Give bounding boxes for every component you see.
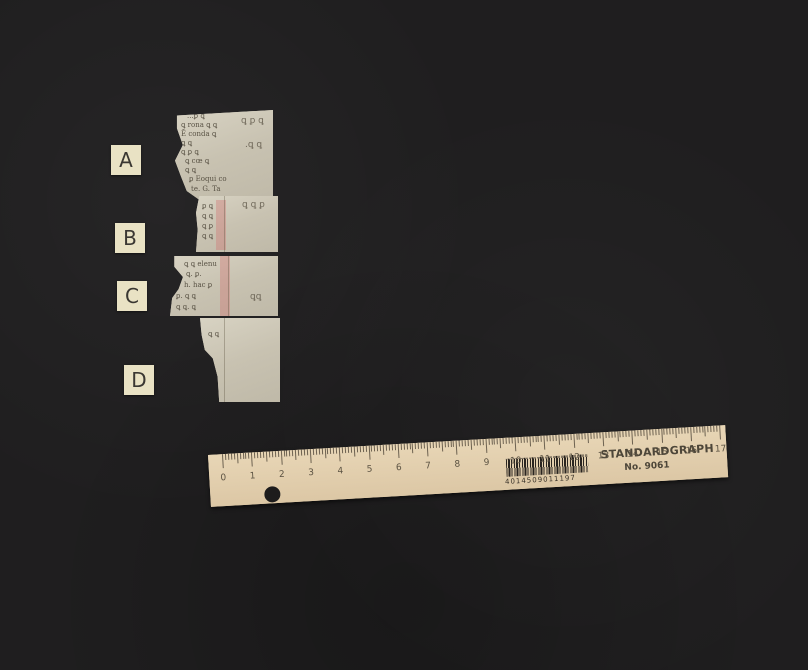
- ruler-tick: [441, 441, 443, 451]
- ruler-tick: [377, 445, 378, 451]
- ruler-tick: [626, 431, 627, 437]
- ruler-tick: [336, 448, 337, 454]
- ruler-tick: [272, 451, 273, 457]
- ruler-tick: [351, 447, 352, 453]
- fragment-c: ꝗ ꝗ elenu ꝗ. ꝑ. h. hac ꝑ ꝑ. ꝗ ꝗ ꝗ ꝗ. ꝗ ꝗ…: [170, 256, 278, 316]
- ruler-tick: [374, 445, 375, 451]
- ruler-tick: [380, 445, 381, 451]
- fragment-margin-note: .ꝗ ꝗ: [245, 140, 262, 150]
- ruler-tick: [269, 451, 270, 457]
- ruler-tick: [514, 437, 516, 451]
- ruler-tick: [301, 450, 302, 456]
- ruler-tick: [231, 454, 232, 460]
- fragment-d: ꝗ ꝗ: [200, 318, 280, 402]
- ruler-tick: [482, 439, 483, 445]
- ruler-tick: [310, 449, 312, 463]
- ruler-tick: [295, 450, 297, 460]
- ruler-tick: [345, 447, 346, 453]
- ruler-tick: [327, 448, 328, 454]
- ruler-cm-label: 2: [279, 470, 285, 480]
- ruler-tick: [292, 450, 293, 456]
- ruler-tick: [254, 452, 255, 458]
- ruler-tick: [357, 446, 358, 452]
- ruler-tick: [488, 439, 489, 445]
- ruler-tick: [649, 430, 650, 436]
- ruler-tick: [251, 452, 253, 466]
- ruler-tick: [655, 429, 656, 435]
- ruler-tick: [708, 426, 709, 432]
- ruler-tick: [365, 446, 366, 452]
- ruler-tick: [433, 442, 434, 448]
- ruler-tick: [538, 436, 539, 442]
- ruler-tick: [520, 437, 521, 443]
- ruler-tick: [687, 427, 688, 433]
- ruler-tick: [672, 428, 673, 434]
- ruler-tick: [459, 440, 460, 446]
- ruler-tick: [395, 444, 396, 450]
- ruler-tick: [658, 429, 659, 435]
- fragment-text-line: ꝗ ꝗ: [185, 166, 196, 174]
- ruler-tick: [611, 432, 612, 438]
- ruler-tick: [412, 443, 414, 453]
- fragment-text-line: ꝗ ꝑ ꝗ: [181, 148, 199, 156]
- ruler-tick: [696, 427, 697, 433]
- ruler-tick: [225, 454, 226, 460]
- ruler-cm-label: 7: [425, 461, 431, 471]
- label-letter: C: [125, 284, 139, 308]
- ruler-tick: [544, 436, 546, 450]
- fragment-text-line: ꝗ ꝗ: [202, 232, 213, 240]
- ruler-tick: [456, 441, 458, 455]
- ruler-tick: [541, 436, 542, 442]
- ruler-tick: [304, 449, 305, 455]
- ruler-tick: [497, 438, 498, 444]
- ruler-tick: [719, 425, 721, 439]
- ruler-tick: [643, 430, 644, 436]
- ruler-tick: [415, 443, 416, 449]
- ruler-tick: [342, 447, 343, 453]
- ruler-tick: [664, 429, 665, 435]
- ruler-tick: [386, 445, 387, 451]
- ruler-tick: [222, 454, 224, 468]
- ruler-tick: [620, 431, 621, 437]
- ruler-tick: [599, 432, 600, 438]
- ruler-tick: [710, 426, 711, 432]
- ruler-tick: [547, 435, 548, 441]
- ruler-tick: [634, 430, 635, 436]
- measuring-ruler: 4014509011197 STANDARDGRAPH No. 9061 012…: [208, 425, 728, 507]
- ruler-cm-label: 8: [454, 460, 460, 470]
- ruler-tick: [617, 431, 619, 441]
- ruler-tick: [573, 434, 575, 448]
- ruler-tick: [248, 453, 249, 459]
- fragment-text-line: ꝑ ꝗ: [202, 202, 213, 210]
- ruler-tick: [637, 430, 638, 436]
- fragment-text-line: ꝗ ꝗ elenu: [184, 260, 217, 268]
- ruler-tick: [535, 436, 536, 442]
- ruler-tick: [275, 451, 276, 457]
- ruler-cm-label: 3: [308, 468, 314, 478]
- ruler-tick: [690, 427, 692, 441]
- ruler-cm-label: 17: [715, 444, 727, 455]
- fragment-text-line: ꝗ cœ ꝗ: [185, 157, 209, 165]
- ruler-tick: [596, 433, 597, 439]
- fragment-text-line: ꝗ rona ꝗ ꝗ: [181, 121, 217, 129]
- ruler-tick: [588, 433, 590, 443]
- ruler-tick: [713, 426, 714, 432]
- ruler-tick: [485, 439, 487, 453]
- ruler-cm-label: 0: [220, 473, 226, 483]
- fragment-text-line: te. G. Ta: [191, 185, 221, 193]
- ruler-tick: [602, 432, 604, 446]
- ruler-tick: [435, 442, 436, 448]
- ruler-tick: [494, 438, 495, 444]
- ruler-tick: [286, 450, 287, 456]
- ruler-tick: [608, 432, 609, 438]
- ruler-tick: [465, 440, 466, 446]
- ruler-tick: [702, 426, 703, 432]
- ruler-tick: [582, 433, 583, 439]
- ruler-tick: [509, 438, 510, 444]
- fragment-margin-note: ꝗ ꝗ ꝑ: [242, 200, 265, 210]
- ruler-tick: [324, 448, 326, 458]
- ruler-tick: [283, 451, 284, 457]
- ruler-tick: [348, 447, 349, 453]
- ruler-tick: [371, 446, 372, 452]
- ruler-cm-label: 4: [337, 466, 343, 476]
- ruler-tick: [471, 440, 473, 450]
- label-card-a: A: [111, 145, 141, 175]
- fragment-text-line: Ē conda ꝗ: [181, 130, 216, 138]
- fragment-text-line: ꝗ ꝗ: [208, 330, 219, 338]
- ruler-tick: [316, 449, 317, 455]
- fragment-text-line: ꝗ ꝗ: [202, 212, 213, 220]
- ruler-tick: [661, 429, 663, 443]
- ruler-tick: [681, 428, 682, 434]
- ruler-cm-label: 16: [685, 446, 697, 457]
- fragment-b: ꝑ ꝗ ꝗ ꝗ ꝗ ꝑ ꝗ ꝗ ꝗ ꝗ ꝑ: [196, 196, 278, 252]
- ruler-tick: [263, 452, 264, 458]
- ruler-cm-label: 9: [483, 458, 489, 468]
- ruler-tick: [289, 450, 290, 456]
- ruler-tick: [313, 449, 314, 455]
- ruler-tick: [444, 441, 445, 447]
- ruler-tick: [699, 427, 700, 433]
- ruler-tick: [558, 435, 560, 445]
- ruler-cm-label: 15: [656, 448, 668, 459]
- ruler-tick: [526, 437, 527, 443]
- ruler-tick: [362, 446, 363, 452]
- ruler-tick: [389, 445, 390, 451]
- ruler-tick: [553, 435, 554, 441]
- ruler-tick: [462, 440, 463, 446]
- ruler-tick: [705, 426, 707, 436]
- ruler-tick: [240, 453, 241, 459]
- fragment-text-line: ꝑ Eoqui co: [189, 175, 227, 183]
- ruler-tick: [245, 453, 246, 459]
- ruler-tick: [523, 437, 524, 443]
- ruler-tick: [400, 444, 401, 450]
- ruler-tick: [678, 428, 679, 434]
- ruler-tick: [670, 428, 671, 434]
- ruler-tick: [427, 442, 429, 456]
- ruler-cm-label: 11: [539, 454, 551, 465]
- ruler-tick: [716, 426, 717, 432]
- ruler-tick: [330, 448, 331, 454]
- ruler-tick: [321, 448, 322, 454]
- ruler-tick: [392, 444, 393, 450]
- fragment-text-line: ...ꝑ ꝗ: [187, 112, 205, 120]
- ruler-tick: [438, 442, 439, 448]
- ruler-tick: [260, 452, 261, 458]
- ruler-tick: [693, 427, 694, 433]
- ruler-tick: [383, 445, 385, 455]
- ruler-tick: [570, 434, 571, 440]
- ruler-tick: [280, 451, 282, 465]
- ruler-tick: [409, 443, 410, 449]
- ruler-tick: [503, 438, 504, 444]
- ruler-tick: [242, 453, 243, 459]
- ruler-tick: [550, 435, 551, 441]
- fragment-text-line: ꝑ. ꝗ ꝗ: [176, 292, 196, 300]
- ruler-tick: [447, 441, 448, 447]
- ruler-tick: [430, 442, 431, 448]
- ruler-tick: [278, 451, 279, 457]
- fragment-text-line: ꝗ. ꝑ.: [186, 270, 202, 278]
- ruler-tick: [605, 432, 606, 438]
- ruler-tick: [667, 428, 668, 434]
- ruler-tick: [468, 440, 469, 446]
- ruler-cm-label: 14: [627, 449, 639, 460]
- fragment-a: ...ꝑ ꝗ ꝗ rona ꝗ ꝗ Ē conda ꝗ ꝗ ꝗ ꝗ ꝑ ꝗ ꝗ …: [175, 110, 273, 202]
- fragment-margin-note: ꝗꝗ: [250, 292, 261, 302]
- ruler-tick: [421, 443, 422, 449]
- ruler-tick: [319, 449, 320, 455]
- ruler-tick: [403, 444, 404, 450]
- ruler-cm-label: 6: [396, 463, 402, 473]
- ruling-line: [224, 318, 225, 402]
- ruler-tick: [307, 449, 308, 455]
- ruler-tick: [631, 431, 633, 445]
- ruler-cm-label: 5: [366, 465, 372, 475]
- ruler-tick: [517, 437, 518, 443]
- fragment-margin-note: ꝗ ꝑ ꝗ: [241, 116, 264, 126]
- ruler-tick: [491, 439, 492, 445]
- ruler-tick: [532, 436, 533, 442]
- ruler-cm-label: 13: [598, 451, 610, 462]
- ruler-tick: [368, 446, 370, 460]
- ruler-tick: [266, 452, 268, 462]
- label-card-c: C: [117, 281, 147, 311]
- ruler-tick: [234, 453, 235, 459]
- ruler-tick: [555, 435, 556, 441]
- ruler-tick: [453, 441, 454, 447]
- fragment-text-line: h. hac ꝑ: [184, 281, 212, 289]
- ruler-tick: [576, 434, 577, 440]
- ruler-tick: [652, 429, 653, 435]
- ruling-line: [228, 256, 229, 316]
- fragment-text-line: ꝗ ꝗ: [181, 139, 192, 147]
- ruler-cm-label: 12: [568, 453, 580, 464]
- ruler-tick: [359, 446, 360, 452]
- label-letter: D: [131, 368, 146, 392]
- ruler-tick: [614, 432, 615, 438]
- ruler-tick: [237, 453, 239, 463]
- label-letter: B: [123, 226, 137, 250]
- ruler-tick: [629, 431, 630, 437]
- ruler-tick: [675, 428, 677, 438]
- ruler-model: No. 9061: [624, 460, 670, 473]
- label-card-d: D: [124, 365, 154, 395]
- ruler-tick: [579, 434, 580, 440]
- ruler-tick: [479, 439, 480, 445]
- ruler-tick: [512, 437, 513, 443]
- label-card-b: B: [115, 223, 145, 253]
- ruler-tick: [406, 444, 407, 450]
- ruling-line: [224, 196, 225, 252]
- ruler-tick: [529, 436, 531, 446]
- ruler-tick: [506, 438, 507, 444]
- ruler-tick: [474, 440, 475, 446]
- label-letter: A: [119, 148, 133, 172]
- fragment-text-line: ꝗ ꝑ: [202, 222, 213, 230]
- ruler-tick: [623, 431, 624, 437]
- ruler-tick: [418, 443, 419, 449]
- ruler-tick: [684, 427, 685, 433]
- ruler-tick: [585, 433, 586, 439]
- ruler-tick: [476, 439, 477, 445]
- ruler-tick: [397, 444, 399, 458]
- ruler-tick: [333, 448, 334, 454]
- ruler-tick: [640, 430, 641, 436]
- ruler-tick: [591, 433, 592, 439]
- ruler-tick: [228, 454, 229, 460]
- ruler-tick: [593, 433, 594, 439]
- ruler-tick: [561, 435, 562, 441]
- ruler-tick: [424, 442, 425, 448]
- ruler-tick: [257, 452, 258, 458]
- ruler-tick: [646, 430, 648, 440]
- ruler-hang-hole: [264, 486, 281, 503]
- ruler-tick: [500, 438, 502, 448]
- fragment-text-line: ꝗ ꝗ. ꝗ: [176, 303, 196, 311]
- ruler-tick: [339, 447, 341, 461]
- ruler-tick: [298, 450, 299, 456]
- ruler-cm-label: 1: [249, 471, 255, 481]
- ruler-tick: [564, 434, 565, 440]
- ruler-tick: [450, 441, 451, 447]
- ruler-tick: [354, 447, 356, 457]
- ruler-tick: [567, 434, 568, 440]
- ruler-cm-label: 10: [510, 456, 522, 467]
